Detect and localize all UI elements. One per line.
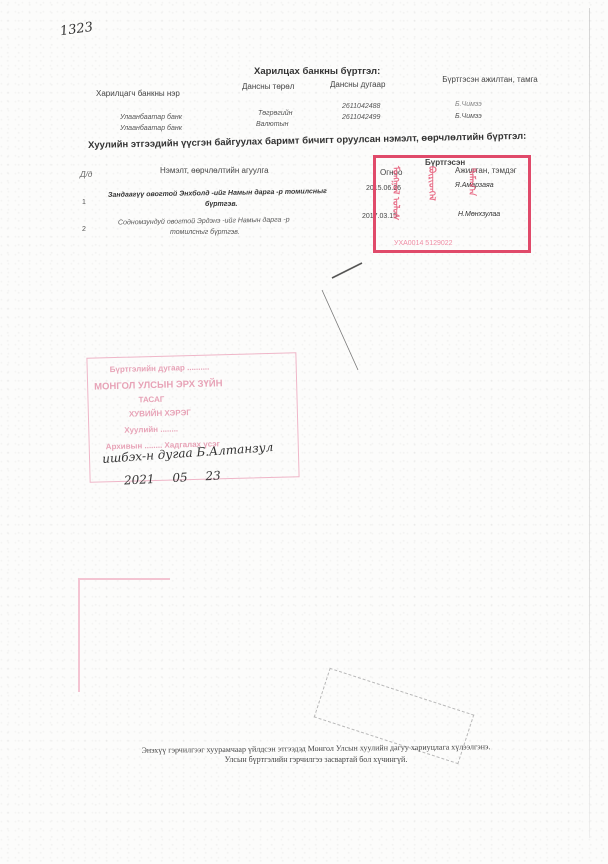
stamp-line: Хуулийн ........ <box>124 424 178 434</box>
bank-name: Улаанбаатар банк <box>120 114 182 121</box>
stamp-line: МОНГОЛ УЛСЫН ЭРХ ЗҮЙН <box>94 378 223 392</box>
amendments-section-title: Хуулийн этгээдийн үүсгэн байгуулах барим… <box>88 131 526 151</box>
mongol-script-col: ᠪᠦᠷᠢᠳᠬᠡᠯ <box>424 166 440 201</box>
row-content-line2: бүртгэв. <box>205 201 238 208</box>
registrar: Б.Чимээ <box>455 101 482 108</box>
stamp-serial: УХА0014 5129022 <box>394 240 453 247</box>
red-registration-stamp: ᠮᠣᠩᠭᠣᠯ ᠤᠯᠤᠰ ᠪᠦᠷᠢᠳᠬᠡᠯ ᠲᠠᠮᠠᠭ᠎ᠠ УХА0014 512… <box>373 155 531 253</box>
registrar: Б.Чимээ <box>455 113 482 120</box>
stamp-line: ТАСАГ <box>138 395 164 405</box>
bank-section-title: Харилцах банкны бүртгэл: <box>254 66 380 77</box>
pen-stroke <box>300 260 380 460</box>
account-number: 2611042488 <box>342 103 380 110</box>
header-account-type: Дансны төрөл <box>242 82 294 91</box>
footer-validity-note: Улсын бүртгэлийн гэрчилгээ засвартай бол… <box>86 755 546 764</box>
scan-edge-line <box>589 8 590 838</box>
mongol-script-col: ᠲᠠᠮᠠᠭ᠎ᠠ <box>464 168 480 196</box>
scanned-page: 1323 Харилцах банкны бүртгэл: Харилцагч … <box>0 0 608 864</box>
header-num: Д/д <box>80 170 92 179</box>
header-registrar: Бүртгэсэн ажилтан, тамга <box>440 74 540 85</box>
row-num: 1 <box>82 199 86 206</box>
row-num: 2 <box>82 226 86 233</box>
row-content-line1: Содномзундуй овогтой Эрдэнэ -ийг Намын д… <box>118 217 290 227</box>
page-number: 1323 <box>59 20 94 39</box>
account-number: 2611042499 <box>342 114 380 121</box>
bank-name: Улаанбаатар банк <box>120 125 182 132</box>
header-bank-name: Харилцагч банкны нэр <box>96 89 180 98</box>
account-type: Валютын <box>256 121 289 128</box>
account-type: Төгрөгийн <box>258 110 293 117</box>
header-content: Нэмэлт, өөрчлөлтийн агуулга <box>160 166 269 175</box>
row-content-line1: Зандаагүү овогтой Энхболд -ийг Намын дар… <box>108 188 327 199</box>
mongol-script-col: ᠮᠣᠩᠭᠣᠯ ᠤᠯᠤᠰ <box>388 166 404 220</box>
stamp-line: ХУВИЙН ХЭРЭГ <box>129 408 191 419</box>
header-account-number: Дансны дугаар <box>330 80 385 89</box>
row-content-line2: томилсныг бүртгэв. <box>170 229 240 236</box>
stamp-line: Бүртгэлийн дугаар .......... <box>110 363 210 375</box>
footer-warning: Энэхүү гэрчилгээг хуурамчаар үйлдсэн этг… <box>86 742 546 756</box>
faint-stamp-mark <box>78 578 170 692</box>
